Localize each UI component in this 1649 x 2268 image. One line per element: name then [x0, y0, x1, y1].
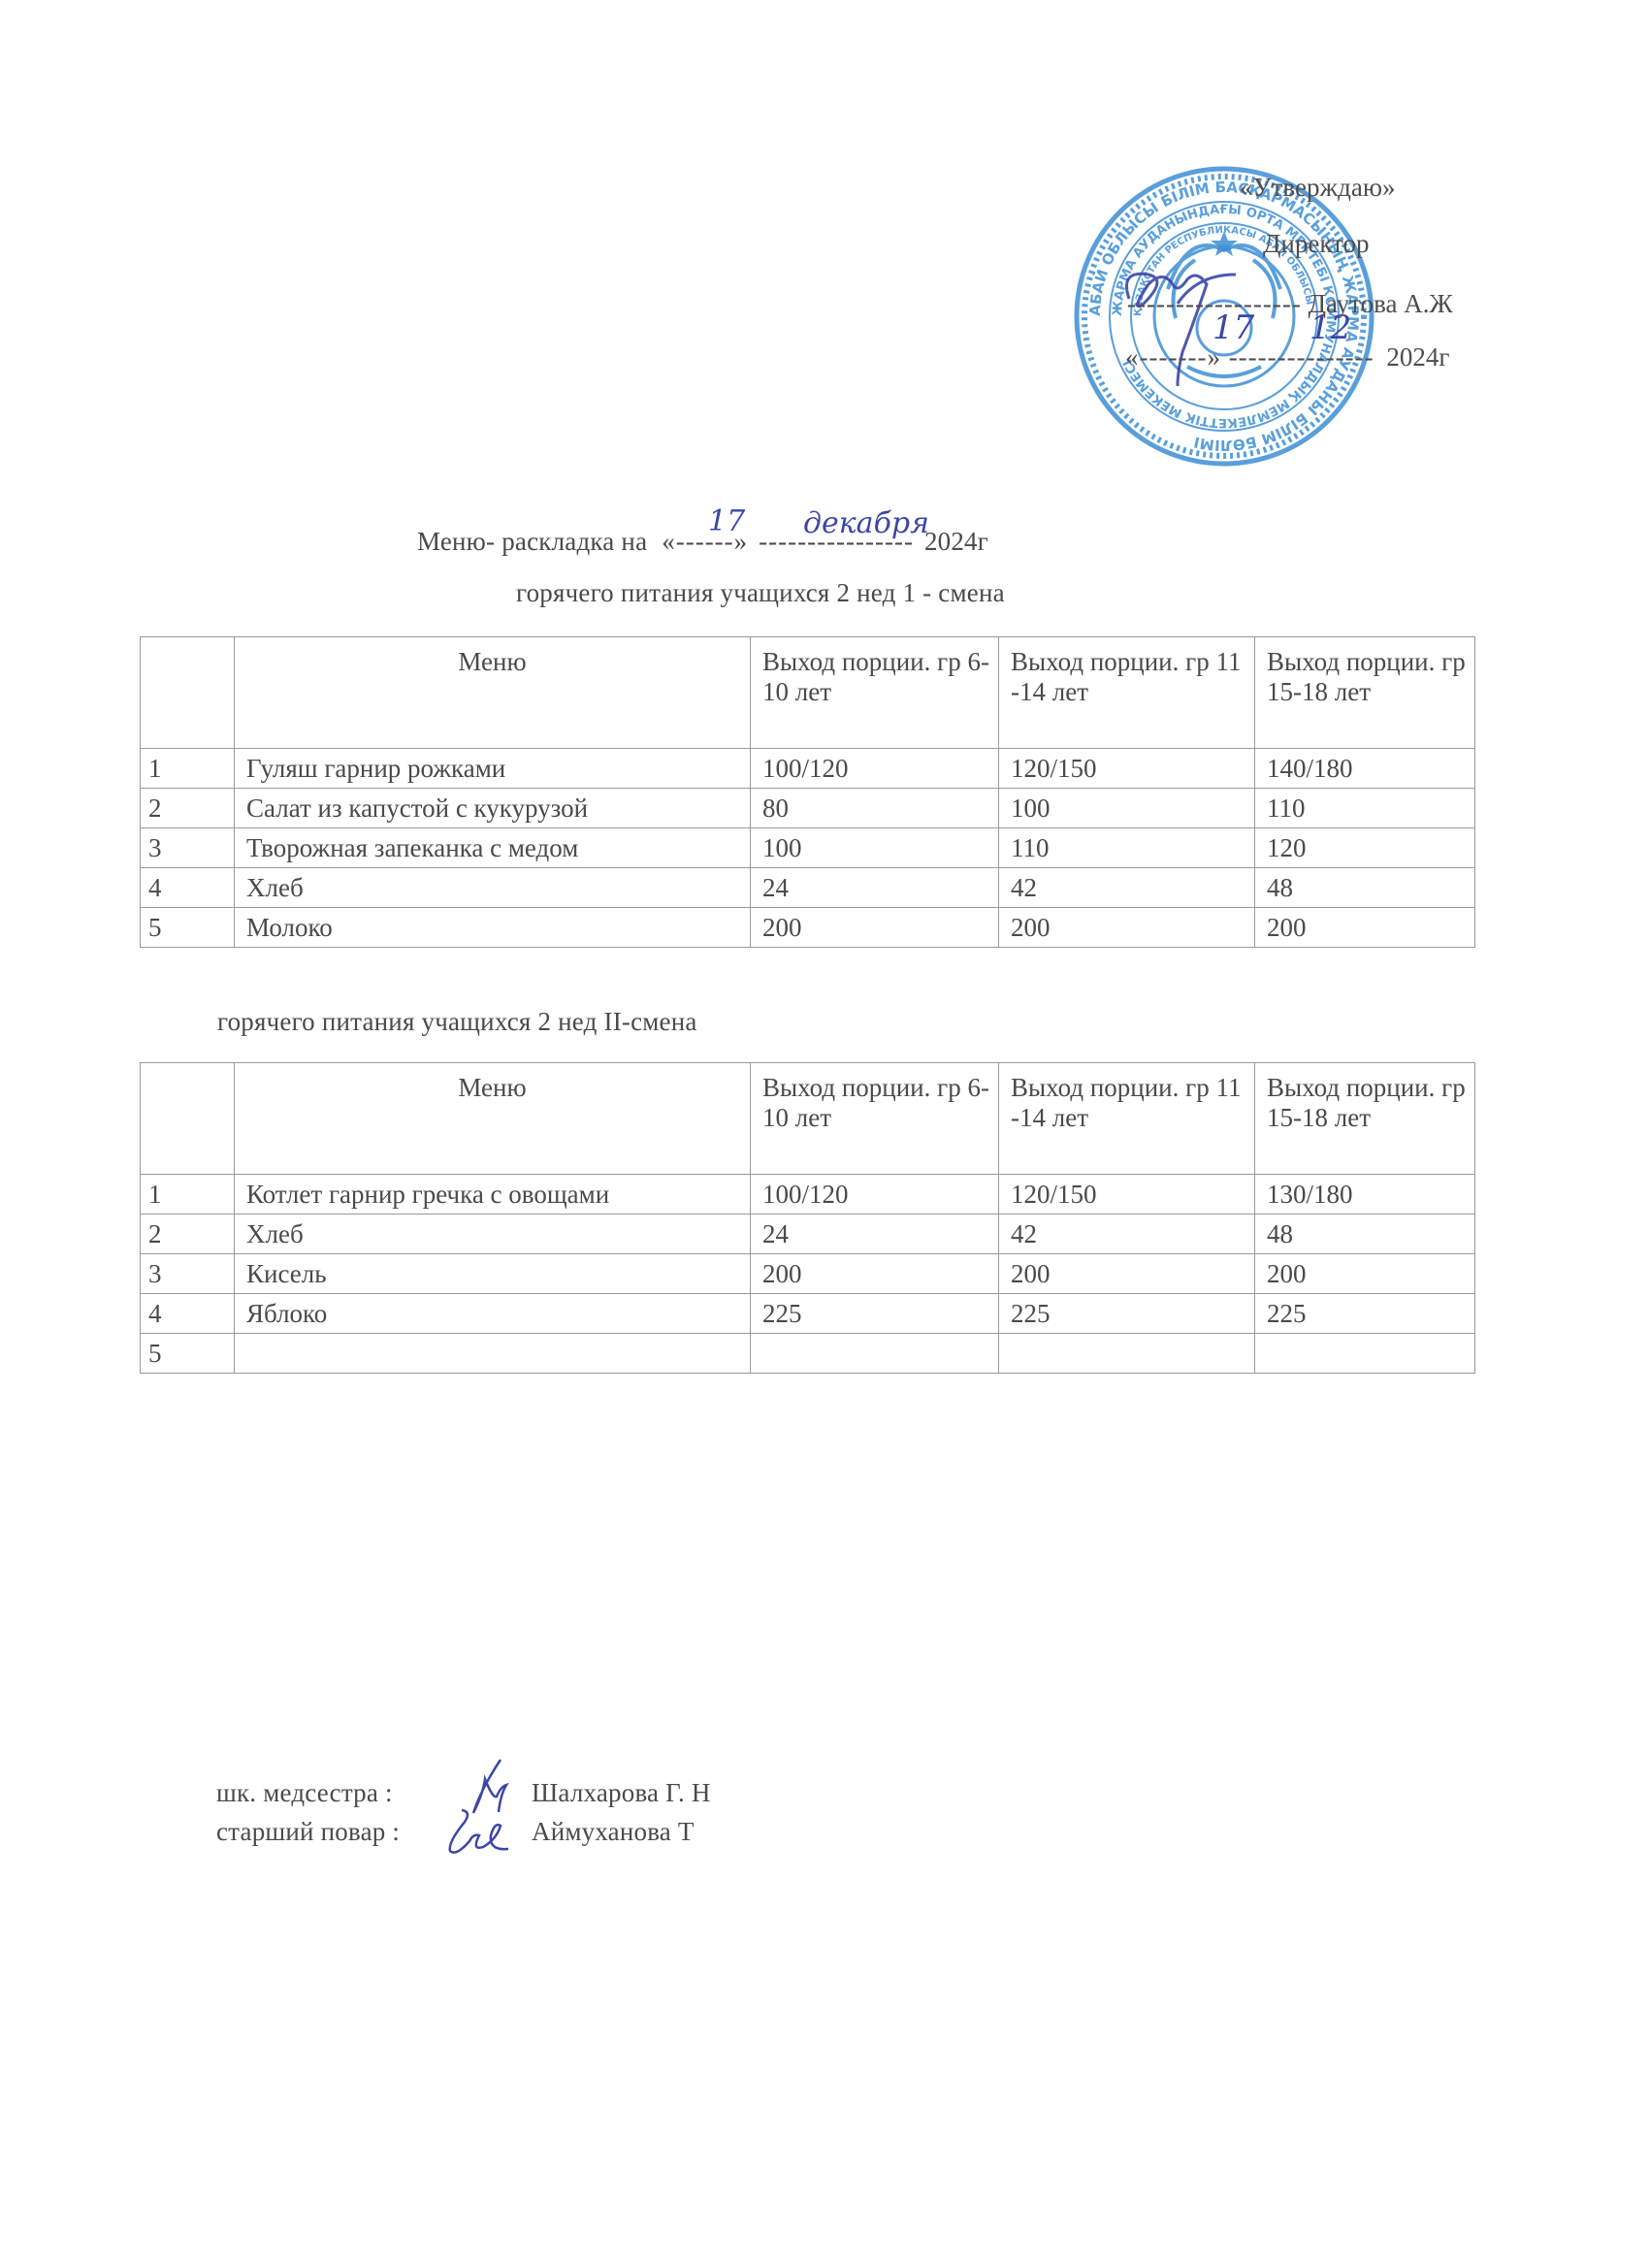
portion-15-18: 200 [1255, 908, 1475, 948]
nurse-name: Шалхарова Г. Н [532, 1780, 711, 1806]
approval-handwritten-day: 17 [1212, 308, 1254, 347]
portion-6-10: 24 [751, 1215, 999, 1254]
approval-year: 2024г [1386, 342, 1449, 372]
row-number: 3 [141, 1254, 235, 1294]
row-number: 2 [141, 789, 235, 828]
approval-title: «Утверждаю» [1240, 173, 1396, 203]
header-age-15-18: Выход порции. гр 15-18 лет [1255, 637, 1475, 749]
table-row: 4Хлеб244248 [141, 868, 1475, 908]
title-prefix: Меню- раскладка на [417, 527, 647, 556]
table-row: 2Салат из капустой с кукурузой80100110 [141, 789, 1475, 828]
portion-11-14: 42 [999, 1215, 1255, 1254]
header-num [141, 637, 235, 749]
portion-15-18 [1255, 1334, 1475, 1374]
row-number: 3 [141, 828, 235, 868]
table-row: 4Яблоко225225225 [141, 1294, 1475, 1334]
row-number: 1 [141, 1175, 235, 1215]
title-handwritten-day: 17 [708, 504, 745, 538]
table-header-row: Меню Выход порции. гр 6-10 лет Выход пор… [141, 637, 1475, 749]
portion-6-10: 200 [751, 1254, 999, 1294]
header-num [141, 1063, 235, 1175]
cook-role: старший повар : [216, 1819, 400, 1845]
portion-15-18: 120 [1255, 828, 1475, 868]
dish-name: Кисель [235, 1254, 751, 1294]
dish-name: Яблоко [235, 1294, 751, 1334]
row-number: 5 [141, 1334, 235, 1374]
approval-position: Директор [1263, 229, 1370, 259]
portion-15-18: 110 [1255, 789, 1475, 828]
portion-11-14: 120/150 [999, 1175, 1255, 1215]
portion-6-10: 100 [751, 828, 999, 868]
title-handwritten-month: декабря [803, 506, 929, 540]
portion-11-14: 120/150 [999, 749, 1255, 789]
approval-handwritten-month: 12 [1309, 308, 1351, 347]
portion-6-10: 225 [751, 1294, 999, 1334]
portion-11-14: 110 [999, 828, 1255, 868]
portion-6-10: 100/120 [751, 749, 999, 789]
dish-name: Салат из капустой с кукурузой [235, 789, 751, 828]
portion-15-18: 225 [1255, 1294, 1475, 1334]
portion-11-14: 100 [999, 789, 1255, 828]
row-number: 1 [141, 749, 235, 789]
subtitle-shift-1: горячего питания учащихся 2 нед 1 - смен… [516, 580, 1005, 606]
table-row: 3Кисель200200200 [141, 1254, 1475, 1294]
row-number: 2 [141, 1215, 235, 1254]
approval-date-row: «-------» --------------- 2024г [1125, 342, 1449, 373]
row-number: 4 [141, 868, 235, 908]
dish-name: Хлеб [235, 868, 751, 908]
table-row: 1Котлет гарнир гречка с овощами100/12012… [141, 1175, 1475, 1215]
header-age-11-14: Выход порции. гр 11 -14 лет [999, 1063, 1255, 1175]
table-header-row: Меню Выход порции. гр 6-10 лет Выход пор… [141, 1063, 1475, 1175]
portion-15-18: 140/180 [1255, 749, 1475, 789]
row-number: 5 [141, 908, 235, 948]
nurse-role: шк. медсестра : [216, 1780, 393, 1806]
portion-11-14: 225 [999, 1294, 1255, 1334]
dish-name [235, 1334, 751, 1374]
dish-name: Хлеб [235, 1215, 751, 1254]
table-row: 5Молоко200200200 [141, 908, 1475, 948]
title-year: 2024г [924, 527, 988, 556]
header-menu: Меню [235, 1063, 751, 1175]
cook-name: Аймуханова Т [532, 1819, 695, 1845]
portion-11-14: 200 [999, 1254, 1255, 1294]
portion-15-18: 130/180 [1255, 1175, 1475, 1215]
header-menu: Меню [235, 637, 751, 749]
cook-signature-icon [442, 1806, 510, 1857]
menu-table-shift-2: Меню Выход порции. гр 6-10 лет Выход пор… [140, 1062, 1475, 1374]
subtitle-shift-2: горячего питания учащихся 2 нед II-смена [217, 1009, 697, 1035]
portion-11-14 [999, 1334, 1255, 1374]
header-age-11-14: Выход порции. гр 11 -14 лет [999, 637, 1255, 749]
table-row: 3Творожная запеканка с медом100110120 [141, 828, 1475, 868]
portion-15-18: 48 [1255, 868, 1475, 908]
dish-name: Творожная запеканка с медом [235, 828, 751, 868]
portion-6-10: 200 [751, 908, 999, 948]
menu-table-shift-1: Меню Выход порции. гр 6-10 лет Выход пор… [140, 636, 1475, 948]
approval-signature-row: ------------------ Даутова А.Ж [1127, 289, 1453, 319]
table-row: 2Хлеб244248 [141, 1215, 1475, 1254]
portion-6-10 [751, 1334, 999, 1374]
header-age-6-10: Выход порции. гр 6-10 лет [751, 1063, 999, 1175]
dish-name: Гуляш гарнир рожками [235, 749, 751, 789]
dish-name: Молоко [235, 908, 751, 948]
portion-11-14: 42 [999, 868, 1255, 908]
header-age-15-18: Выход порции. гр 15-18 лет [1255, 1063, 1475, 1175]
header-age-6-10: Выход порции. гр 6-10 лет [751, 637, 999, 749]
table-row: 5 [141, 1334, 1475, 1374]
portion-6-10: 24 [751, 868, 999, 908]
dish-name: Котлет гарнир гречка с овощами [235, 1175, 751, 1215]
portion-6-10: 100/120 [751, 1175, 999, 1215]
row-number: 4 [141, 1294, 235, 1334]
portion-11-14: 200 [999, 908, 1255, 948]
portion-15-18: 48 [1255, 1215, 1475, 1254]
portion-6-10: 80 [751, 789, 999, 828]
portion-15-18: 200 [1255, 1254, 1475, 1294]
table-row: 1Гуляш гарнир рожками100/120120/150140/1… [141, 749, 1475, 789]
